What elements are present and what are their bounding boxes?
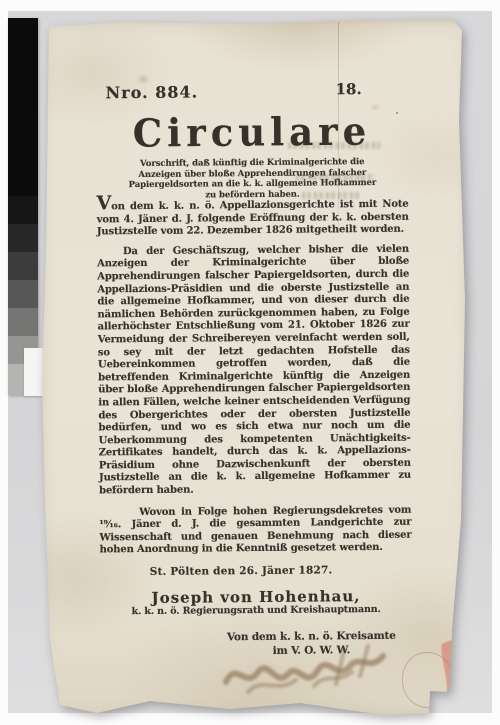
sheet-number: 18. [336, 80, 362, 98]
grayscale-calibration-strip [8, 18, 38, 395]
signature-name: Joseph von Hohenhau, [100, 589, 412, 604]
paragraph-3: Wovon in Folge hohen Regierungsdekretes … [99, 504, 411, 557]
calibration-step [8, 224, 38, 252]
paragraph-2: Da der Geschäftszug, welcher bisher die … [97, 243, 411, 498]
doc-title: Circulare [96, 108, 408, 156]
printed-content: Nro. 884. 18. Circulare Vorschrift, daß … [37, 14, 473, 720]
doc-number: Nro. 884. [106, 82, 199, 102]
calibration-step [8, 252, 38, 280]
paper-sheet: Nro. 884. 18. Circulare Vorschrift, daß … [40, 16, 470, 718]
calibration-step [8, 308, 38, 336]
calibration-step [8, 196, 38, 224]
signature-title: k. k. n. ö. Regierungsrath und Kreishaup… [100, 604, 412, 619]
paragraph-1: Von dem k. k. n. ö. Appellazionsgerichte… [97, 195, 409, 240]
paper-document: Nro. 884. 18. Circulare Vorschrift, daß … [40, 16, 470, 718]
calibration-step [8, 18, 38, 196]
calibration-step [8, 280, 38, 308]
dateline: St. Pölten den 26. Jäner 1827. [150, 564, 412, 579]
body-text: Von dem k. k. n. ö. Appellazionsgerichte… [97, 195, 413, 660]
handwriting-show-through [218, 632, 393, 704]
